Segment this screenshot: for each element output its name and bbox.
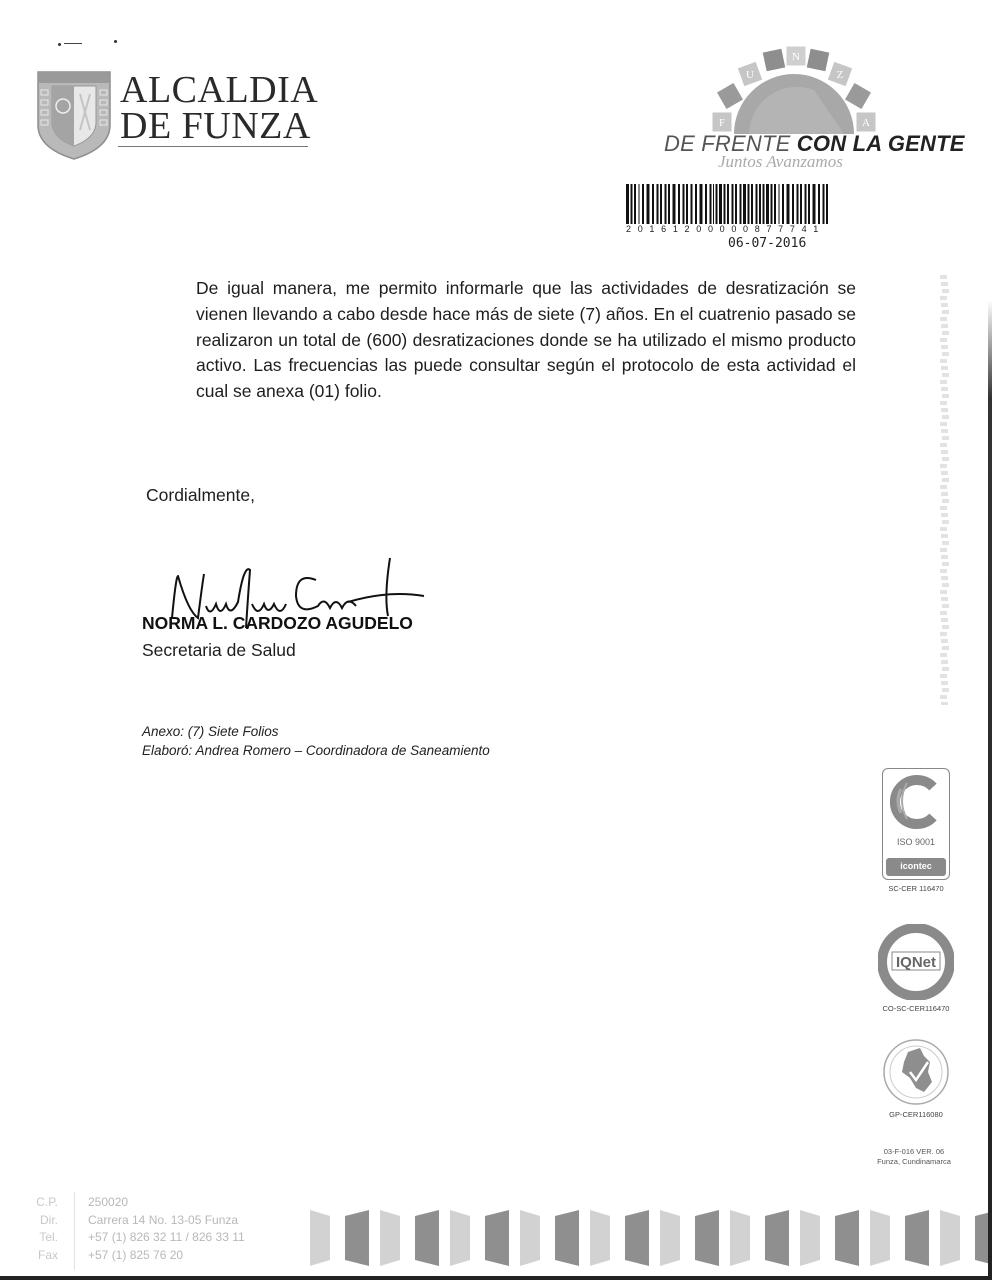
scan-speck (64, 43, 82, 44)
subslogan: Juntos Avanzamos (718, 152, 843, 172)
svg-text:N: N (792, 51, 800, 63)
svg-text:F: F (719, 117, 725, 129)
closing-salutation: Cordialmente, (146, 485, 255, 506)
icontec-c-icon (883, 769, 949, 833)
form-location: Funza, Cundinamarca (862, 1157, 966, 1167)
cert-code: GP-CER116080 (866, 1110, 966, 1119)
form-version: 03-F-016 VER. 06 (862, 1147, 966, 1157)
municipality-title-line1: ALCALDIA (120, 72, 318, 108)
prepared-by-note: Elaboró: Andrea Romero – Coordinadora de… (142, 741, 490, 760)
municipal-crest-logo (36, 70, 112, 160)
scan-speck (58, 43, 61, 46)
footer-address: Carrera 14 No. 13-05 Funza (88, 1212, 245, 1230)
svg-text:Z: Z (837, 69, 844, 81)
footer-label: Dir. (28, 1212, 58, 1230)
cert-code: SC-CER 116470 (866, 884, 966, 893)
municipality-title-line2: DE FUNZA (120, 108, 318, 144)
footer-postal-code: 250020 (88, 1194, 245, 1212)
cert-iso-9001: ISO 9001 icontec SC-CER 116470 (866, 768, 966, 893)
icontec-label: icontec (886, 858, 946, 876)
footer-values: 250020 Carrera 14 No. 13-05 Funza +57 (1… (88, 1194, 245, 1264)
iso-label: ISO 9001 (883, 837, 949, 847)
svg-text:A: A (862, 117, 870, 129)
footer-label: C.P. (28, 1194, 58, 1212)
body-paragraph: De igual manera, me permito informarle q… (196, 276, 856, 405)
cert-colombia: GP-CER116080 (866, 1038, 966, 1119)
municipality-title: ALCALDIA DE FUNZA (120, 72, 318, 144)
signer-name: NORMA L. CARDOZO AGUDELO (142, 613, 413, 634)
cert-code: CO-SC-CER116470 (866, 1004, 966, 1013)
footer-decorative-band (300, 1208, 992, 1268)
side-watermark-strip (936, 275, 952, 705)
scan-edge (0, 1276, 992, 1280)
iso-badge: ISO 9001 icontec (882, 768, 950, 880)
form-version-block: 03-F-016 VER. 06 Funza, Cundinamarca (862, 1147, 966, 1167)
footer-phone: +57 (1) 826 32 11 / 826 33 11 (88, 1229, 245, 1247)
document-barcode (626, 184, 830, 224)
scan-speck (114, 40, 117, 43)
annex-note: Anexo: (7) Siete Folios (142, 722, 490, 741)
scan-edge (988, 300, 992, 1280)
annex-block: Anexo: (7) Siete Folios Elaboró: Andrea … (142, 722, 490, 760)
iqnet-seal-icon: IQNet (878, 924, 954, 1000)
footer-fax: +57 (1) 825 76 20 (88, 1247, 245, 1265)
footer-divider (74, 1192, 75, 1270)
barcode-number: 20161200000877741 (626, 224, 830, 234)
document-date: 06-07-2016 (728, 236, 806, 251)
footer-label: Tel. (28, 1229, 58, 1247)
colombia-map-seal-icon (880, 1038, 952, 1106)
svg-text:U: U (746, 69, 754, 81)
cert-iqnet: IQNet CO-SC-CER116470 (866, 924, 966, 1013)
title-underline (118, 146, 308, 147)
signer-role: Secretaria de Salud (142, 640, 296, 661)
footer-labels: C.P. Dir. Tel. Fax (28, 1194, 58, 1264)
funza-sunrise-logo: F U N Z A (694, 42, 894, 134)
footer-label: Fax (28, 1247, 58, 1265)
svg-text:IQNet: IQNet (896, 954, 936, 971)
